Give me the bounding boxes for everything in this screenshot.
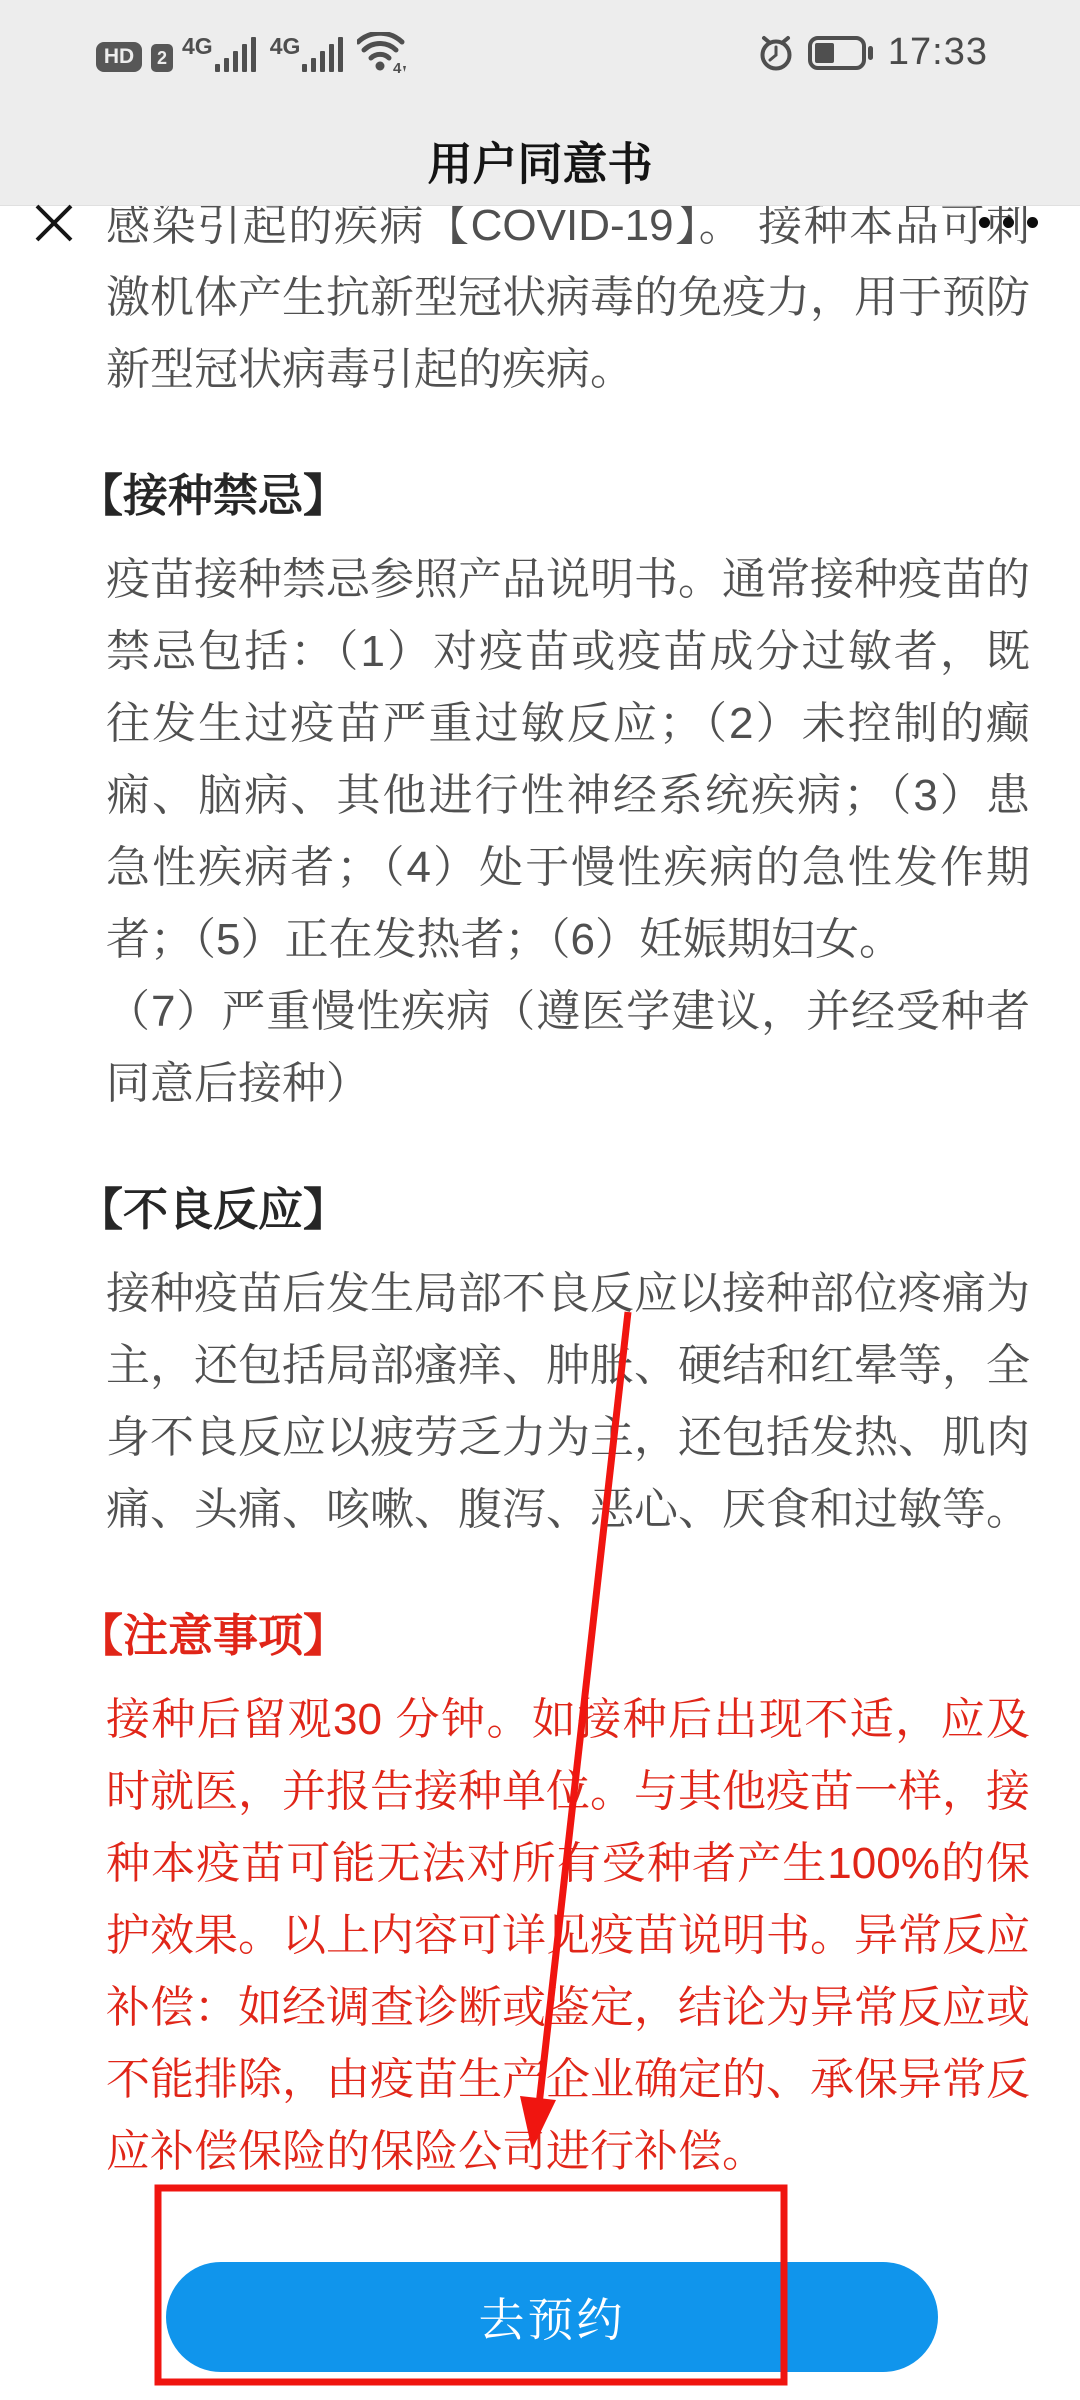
section-heading: 【不良反应】 [78, 1174, 1030, 1246]
section-paragraph: 接种后留观30 分钟。如接种后出现不适，应及时就医，并报告接种单位。与其他疫苗一… [106, 1684, 1030, 2188]
dot [1003, 217, 1014, 228]
section-adverse-reactions: 【不良反应】 接种疫苗后发生局部不良反应以接种部位疼痛为主，还包括局部瘙痒、肿胀… [106, 1174, 1030, 1546]
section-precautions: 【注意事项】 接种后留观30 分钟。如接种后出现不适，应及时就医，并报告接种单位… [106, 1600, 1030, 2188]
nav-bar: 用户同意书 [0, 80, 1080, 206]
consent-document: 感染引起的疾病【COVID-19】。 接种本品可刺激机体产生抗新型冠状病毒的免疫… [0, 190, 1080, 2188]
section-heading: 【注意事项】 [78, 1600, 1030, 1672]
wifi-icon: 4 [357, 32, 407, 74]
status-right-cluster: 17:33 [758, 31, 988, 74]
hd-volte-icon: HD [96, 42, 142, 72]
svg-text:4: 4 [393, 60, 402, 74]
section-heading: 【接种禁忌】 [78, 460, 1030, 532]
signal-4g-icon-2: 4G [270, 34, 349, 74]
dot [1027, 217, 1038, 228]
page-title: 用户同意书 [427, 128, 652, 193]
signal-bars-icon [302, 34, 348, 74]
signal-4g-icon-1: 4G [182, 34, 261, 74]
alarm-icon [758, 34, 794, 72]
close-icon[interactable] [34, 203, 74, 243]
more-menu-icon[interactable] [979, 217, 1038, 228]
status-left-cluster: HD 2 4G 4G [96, 32, 407, 74]
section-contraindications: 【接种禁忌】 疫苗接种禁忌参照产品说明书。通常接种疫苗的禁忌包括：（1）对疫苗或… [106, 460, 1030, 1120]
section-paragraph: 疫苗接种禁忌参照产品说明书。通常接种疫苗的禁忌包括：（1）对疫苗或疫苗成分过敏者… [106, 544, 1030, 976]
network-type-label: 4G [270, 35, 301, 58]
battery-icon [808, 36, 874, 70]
dot [979, 217, 990, 228]
clock-time: 17:33 [888, 31, 988, 74]
go-to-appointment-button[interactable]: 去预约 [166, 2262, 938, 2372]
network-type-label: 4G [182, 35, 213, 58]
status-bar: HD 2 4G 4G [0, 0, 1080, 80]
intro-paragraph: 感染引起的疾病【COVID-19】。 接种本品可刺激机体产生抗新型冠状病毒的免疫… [106, 190, 1030, 406]
sim2-icon: 2 [151, 44, 173, 72]
section-paragraph: （7）严重慢性疾病（遵医学建议，并经受种者同意后接种） [106, 976, 1030, 1120]
phone-screen: HD 2 4G 4G [0, 0, 1080, 2400]
section-paragraph: 接种疫苗后发生局部不良反应以接种部位疼痛为主，还包括局部瘙痒、肿胀、硬结和红晕等… [106, 1258, 1030, 1546]
signal-bars-icon [215, 34, 261, 74]
